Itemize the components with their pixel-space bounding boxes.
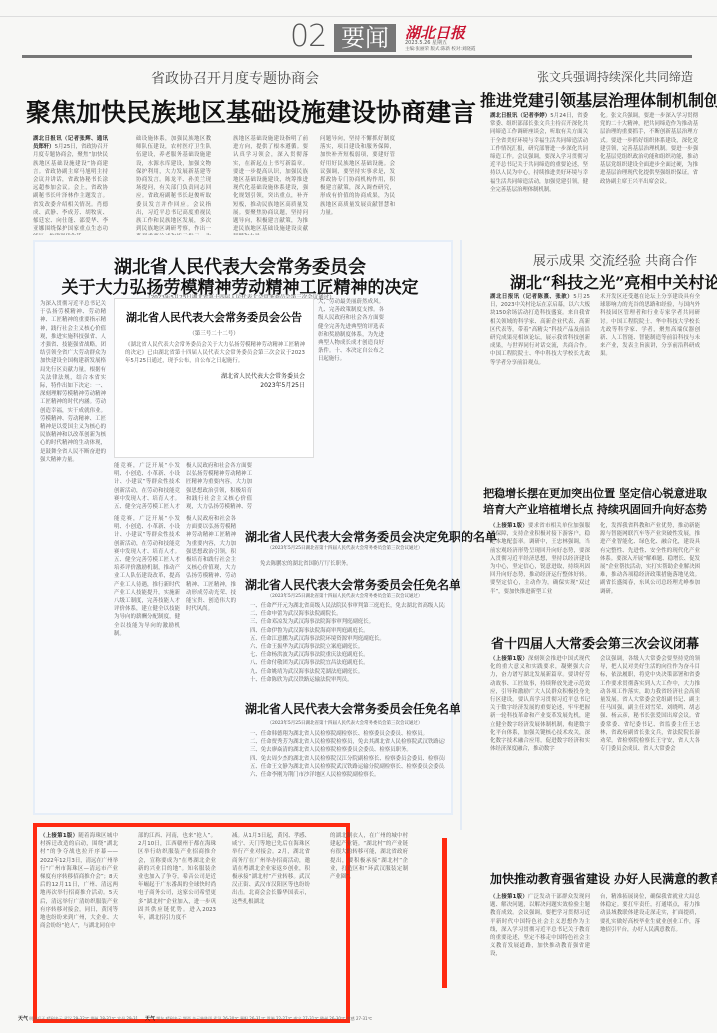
education-headline: 加快推动教育强省建设 办好人民满意的教育 [490,870,710,887]
education-col1: （上接第1版）广泛发动干部群众发现问题、解决问题，以解决问题实效检验主题教育成效… [490,893,590,1003]
appointment-item: 八、任命付敬团为武汉海事法院宜昌法庭副庭长。 [250,659,445,667]
decision-col4: 大，劳动最美丽蔚然成风。九、完善政策制度支撑。各级人民政府和社会各方面要健全完善… [318,298,384,458]
party-byline: 湖北日报讯（记者李婷） [490,113,550,119]
education-lead-tag: （上接第1版） [490,894,528,900]
page-number: 02 [290,22,326,52]
decision-col2b: 能竞赛，广泛开展“小发明、小创造、小革新、小设计、小建议”等群众性技术创新活动，… [114,515,180,805]
tech-headline: 湖北“科技之光”亮相中关村论坛 [510,270,710,293]
decision-col1: 为深入贯彻习近平总书记关于弘扬劳模精神、劳动精神、工匠精神的重要指示精神，践行社… [40,300,106,660]
cppcc-col4: 问题导向，坚持不懈抓好制度落实，项目建设和服务保障，加快补齐短板弱项，要建好管好… [320,135,395,235]
npc-closing-col1: （上接第1版）深刻领会推进中国式现代化的重大意义和实践要求，凝聚强大合力，奋力谱… [490,655,590,835]
cppcc-col1: 湖北日报讯（记者张辉、通讯员郑轩）5月25日，省政协召开月度专题协商会，聚焦“加… [33,135,108,235]
cppcc-col3: 族地区基础设施建设指明了前进方向，提供了根本遵循。要认真学习领会，深入贯彻落实，… [233,135,308,235]
hubei-village-col2: 部的江西、河南，也来“抢人”。2月10日，江西赣州于都在海珠区举行纺织服装产业招… [138,832,216,997]
appointment-item: 二、任命贾秀芳为湖北省人民检察院检察员，免去其湖北省人民检察院武汉铁路运输分院副… [250,738,445,746]
procuratorate-adopted-note: （2023年5月25日湖北省第十四届人民代表大会常务委员会第三次会议通过） [245,720,445,726]
appointment-item: 一、任命严开元为湖北省高级人民法院民事审判第三庭庭长，免去湖北省高级人民法院民事… [250,602,445,610]
appointment-item: 一、任命韩德翔为湖北省人民检察院副检察长、检察委员会委员、检察员。 [250,730,445,738]
npc-closing-headline: 省十四届人大常委会第三次会议闭幕 [490,633,700,652]
tech-col1: 湖北日报讯（记者陈熹、张歆）5月25日，2023中关村论坛在京启幕，以六大板块1… [490,293,590,463]
appointment-item: 七、任命杨洪波为武汉海事法院重庆法庭副庭长。 [250,651,445,659]
party-col2: 化。张文兵强调，要进一步深入学习贯彻党的二十大精神，把共同缔造作为推动基层治理的… [600,112,698,234]
npc-closing-col2: 会议强调，各级人大常委会要坚持党的领导，把人民对美好生活的向往作为奋斗目标，依法… [600,655,700,835]
growth-lead-tag: （上接第1版） [490,523,528,529]
issue-date: 2023.5.26 星期五 [405,39,447,46]
decision-col2: 能竞赛，广泛开展“小发明、小创造、小革新、小设计、小建议”等群众性技术创新活动，… [114,462,180,510]
hubei-village-lead-tag: （上接第1版） [40,833,78,839]
npc-lead-tag: （上接第1版） [490,656,528,662]
notice-signature: 湖北省人民代表大会常务委员会 [125,371,305,380]
appointment-item: 九、任命姚靖为武汉海事法院芜湖法庭副庭长。 [250,668,445,676]
dismissal-title: 湖北省人民代表大会常务委员会决定免职的名单 [245,528,445,545]
appointment-item: 三、免去廖焱清的湖北省人民检察院检察委员会委员、检察员职务。 [250,746,445,754]
procuratorate-list: 一、任命韩德翔为湖北省人民检察院副检察长、检察委员会委员、检察员。 二、任命贾秀… [250,730,445,779]
growth-col2: 化，发挥我省科教和产业优势，推动新能源与智能网联汽车等产业突破性发展，推进产业智… [600,522,700,612]
cppcc-col2: 础设施体系，加强民族地区教师队伍建设，农村医疗卫生队伍建设，养老服务基础设施建设… [136,135,211,235]
appointment-item: 五、任命江意鹏为武汉海事法院环境资源审判庭副庭长。 [250,635,445,643]
hubei-village-col3: 减。从1月3日起，黄冈、孝感、咸宁、天门等地已先后在海珠区举行产业对接会。2月，… [232,832,310,997]
notice-box: 湖北省人民代表大会常务委员会公告 （第三号二十二号） 《湖北省人民代表大会常务委… [114,298,314,458]
appointments-title: 湖北省人民代表大会常务委员会任免名单 [245,576,445,593]
notice-date: 2023年5月25日 [125,380,305,389]
appointments-adopted-note: （2023年5月25日湖北省第十四届人民代表大会常务委员会第三次会议通过） [245,593,445,599]
masthead: 02 要闻 湖北日报 2023.5.26 星期五 主编:张丽荣 版式:陈新 校对… [0,22,717,54]
notice-title: 湖北省人民代表大会常务委员会公告 [121,309,307,325]
education-col2: 台，精准拓展岗位，确保我省就业大局总体稳定。要扛牢责任，打通堵点，着力推动县域教… [600,893,700,1003]
decision-col3: 极人民政府和社会各方面要以弘扬劳模精神劳动精神工匠精神为重要内容，大力加强思想政… [186,462,252,510]
highlight-strip [442,838,447,988]
dismissal-text: 免去陈鹏宏的湖北省国防厅厅长职务。 [260,560,440,570]
decision-col3b: 极人民政府和社会各方面要以弘扬劳模精神劳动精神工匠精神为重要内容，大力加强思想政… [186,515,236,805]
appointments-list: 一、任命严开元为湖北省高级人民法院民事审判第三庭庭长，免去湖北省高级人民法院民事… [250,602,445,684]
tech-kicker: 展示成果 交流经验 共商合作 [520,250,710,269]
procuratorate-title: 湖北省人民代表大会常务委员会任免名单 [245,700,445,717]
appointment-item: 六、任命王振华为武汉海事法院立案庭副庭长。 [250,643,445,651]
appointment-item: 六、任命李刚为荆门市沙洋地区人民检察院副检察长。 [250,771,445,779]
dismissal-adopted-note: （2023年5月25日湖北省第十四届人民代表大会常务委员会第三次会议通过） [245,545,445,551]
appointment-item: 四、免去周少杰的湖北省人民检察院汉江分院副检察长、检察委员会委员、检察员职务。 [250,755,445,763]
appointment-item: 四、任命伊鲁为武汉海事法院海商审判庭副庭长。 [250,627,445,635]
appointment-item: 二、任命申蕾为武汉海事法院副院长。 [250,610,445,618]
appointment-item: 三、任命邓凉发为武汉海事法院海事审判庭副庭长。 [250,618,445,626]
notice-text: 《湖北省人民代表大会常务委员会关于大力弘扬劳模精神劳动精神工匠精神的决定》已由湖… [125,341,305,367]
top-rule [0,16,717,17]
growth-col1: （上接第1版）要求省市相关单位加强服务保障，支持企业积极对接下游客户，稳定本地配… [490,522,590,612]
section-label: 要闻 [334,24,396,52]
party-kicker: 张文兵强调持续深化共同缔造 [520,68,710,85]
editor-credits: 主编:张丽荣 版式:陈新 校对:刘晓霞 [405,46,475,52]
growth-headline-1: 把稳增长摆在更加突出位置 坚定信心锐意进取 [480,485,710,501]
appointment-item: 五、任命王文静为湖北省人民检察院武汉铁路运输分院副检察长、检察委员会委员、检察员… [250,763,445,771]
weather-footer-right: 天气 鄂东 晴到多云 鄂西 多云转阵雨 武汉 26-30℃ 襄阳 26-31℃ … [145,1015,705,1022]
tech-byline: 湖北日报讯（记者陈熹、张歆） [490,294,573,300]
appointment-item: 十、任命陈欣为武汉铁路运输法院审判员。 [250,676,445,684]
party-col1: 湖北日报讯（记者李婷）5月24日，省委常委、组织部部长张文兵主持召开深化共同缔造… [490,112,588,234]
newspaper-page: 02 要闻 湖北日报 2023.5.26 星期五 主编:张丽荣 版式:陈新 校对… [0,0,717,1033]
growth-headline-2: 培育大产业培植增长点 持续巩固回升向好态势 [480,501,710,517]
notice-number: （第三号二十二号） [121,329,307,337]
weather-footer-left: 天气 明到后天 晴到多云 武汉 29-32℃ 荆州 28-31℃ 宜昌 29-3… [18,1015,138,1022]
masthead-rule [22,55,692,58]
cppcc-headline: 聚焦加快民族地区基础设施建设协商建言 [26,93,446,129]
tech-col2: 术开发区还受邀在论坛上分享建设具有全球影响力的光谷的思路和经验，与国内外科技园区… [600,293,700,463]
cppcc-kicker: 省政协召开月度专题协商会 [120,68,350,88]
hubei-village-col1: （上接第1版）随着海珠区城中村拆迁改造的启动，围绕“湖北村”的争夺战也拉开序幕—… [40,832,118,997]
column-divider [460,240,462,830]
party-headline: 推进党建引领基层治理体制机制创新 [480,88,710,111]
hubei-village-col4: 的湖北制衣人，在广州的城中村建起产业链。“湖北村”的产业链有很大的转移可能，湖北… [330,832,408,997]
